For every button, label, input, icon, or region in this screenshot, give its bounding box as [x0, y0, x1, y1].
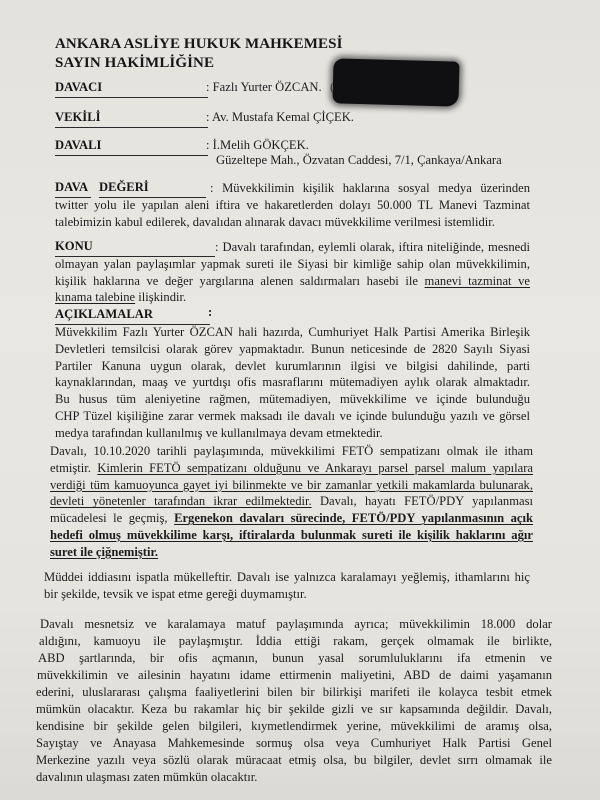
paragraph-line: ABD şartlarında, bir ofis açmanın, bunun… [36, 650, 552, 667]
attorney-value: : Av. Mustafa Kemal ÇİÇEK. [206, 110, 354, 125]
defendant-label: DAVALI [55, 138, 101, 153]
paragraph-line: medya tarafından kullanılmış ve kullanıl… [55, 425, 530, 442]
court-title: ANKARA ASLİYE HUKUK MAHKEMESİ [55, 36, 343, 53]
bold-underlined-statement: Ergenekon davaları sürecinde, FETÖ/PDY y… [174, 511, 533, 525]
subject-line: : Davalı tarafından, eylemli olarak, ift… [55, 239, 530, 256]
attorney-label-underline [55, 127, 208, 128]
bold-underlined-statement: suret ile çiğnemiştir. [50, 544, 533, 561]
paragraph-line: Davalı, hayatı FETÖ/PDY yapılanması [312, 494, 533, 508]
paragraph-line: kaynaklarından, maaş ve yurtdışı ofis ma… [55, 374, 530, 391]
attorney-label: VEKİLİ [55, 110, 101, 125]
paragraph-line: aldığını, kamuoyu ile paylaşmıştır. İddi… [36, 633, 552, 650]
paragraph-line: müvekkilimin ve ailesinin hayatını idame… [36, 667, 552, 684]
paragraph-line: Partiler Kanuna uygun olarak, devlet kur… [55, 358, 530, 375]
paragraph-line: Davalı mesnetsiz ve karalamaya matuf pay… [36, 616, 552, 633]
plaintiff-value: : Fazlı Yurter ÖZCAN. [206, 80, 322, 95]
subject-underlined-claim: manevi tazminat ve [425, 274, 530, 288]
paragraph-line: kendisine bir şekilde gelen bilgileri, k… [36, 718, 552, 735]
paragraph-line: etmiştir. [50, 461, 97, 475]
plaintiff-label-underline [55, 97, 208, 98]
paragraph-line: mücadelesi le geçmiş, [50, 511, 174, 525]
bold-underlined-statement: hedefi olmuş müvekkilime karşı, iftirala… [50, 527, 533, 544]
case-value-text: : Müvekkilimin kişilik haklarına sosyal … [55, 180, 530, 230]
explanations-label: AÇIKLAMALAR [55, 307, 153, 322]
subject-line: ilişkindir. [135, 290, 186, 304]
explanations-paragraph-4: Davalı mesnetsiz ve karalamaya matuf pay… [36, 616, 552, 786]
underlined-statement: Kimlerin FETÖ sempatizanı olduğunu ve An… [97, 461, 533, 475]
subject-underlined-claim: kınama talebine [55, 290, 135, 304]
paragraph-line: CHP Tüzel kişiliğine zarar vermek maksad… [55, 408, 530, 425]
paragraph-line: Müvekkilim Fazlı Yurter ÖZCAN hali hazır… [55, 324, 530, 341]
paragraph-line: bir şekilde, tevsik ve ispat etme gereği… [44, 586, 530, 603]
defendant-label-underline [55, 155, 208, 156]
paragraph-line: davalının ulaşması zaten mümkün olacaktı… [36, 769, 552, 786]
explanations-paragraph-3: Müddei iddiasını ispatla mükelleftir. Da… [44, 569, 530, 603]
case-value-line: : Müvekkilimin kişilik haklarına sosyal … [55, 180, 530, 197]
explanations-paragraph-1: Müvekkilim Fazlı Yurter ÖZCAN hali hazır… [55, 324, 530, 442]
addressee: SAYIN HAKİMLİĞİNE [55, 55, 214, 72]
case-value-line: talebimizin kabul edilerek, davalıdan al… [55, 214, 530, 231]
paragraph-line: Sayıştay ve Anayasa Mahkemesinde sormuş … [36, 735, 552, 752]
subject-line: kişilik haklarına ve değer yargılarına a… [55, 274, 418, 288]
explanations-colon: : [208, 305, 212, 320]
paragraph-line: mümkün olacaktır. Keza bu rakamlar hiç b… [36, 701, 552, 718]
paragraph-line: Merkezine yazılı veya sözlü olarak mürac… [36, 752, 552, 769]
legal-document-page: ANKARA ASLİYE HUKUK MAHKEMESİ SAYIN HAKİ… [0, 0, 600, 800]
underlined-statement: devleti yönetenler tarafından ikrar edil… [50, 494, 312, 508]
redaction-mark [332, 58, 459, 106]
subject-text: : Davalı tarafından, eylemli olarak, ift… [55, 239, 530, 306]
defendant-value: : İ.Melih GÖKÇEK. [206, 138, 309, 153]
paragraph-line: Davalı, 10.10.2020 tarihli paylaşımında,… [50, 443, 533, 460]
plaintiff-label: DAVACI [55, 80, 102, 95]
defendant-address: Güzeltepe Mah., Özvatan Caddesi, 7/1, Ça… [216, 153, 502, 168]
paragraph-line: Devletleri temsilcisi olarak görev yapma… [55, 341, 530, 358]
explanations-paragraph-2: Davalı, 10.10.2020 tarihli paylaşımında,… [50, 443, 533, 561]
paragraph-line: ederini, uluslararası çalışma faaliyetle… [36, 684, 552, 701]
case-value-line: twitter yolu ile yapılan aleni iftira ve… [55, 197, 530, 214]
paragraph-line: Bu husus tüm aleniyetine rağmen, mütemad… [55, 391, 530, 408]
paragraph-line: Müddei iddiasını ispatla mükelleftir. Da… [44, 569, 530, 586]
underlined-statement: verdiği tüm kamuoyunca gayet iyi bilinme… [50, 477, 533, 494]
subject-line: olmayan yalan paylaşımlar yapmak sureti … [55, 256, 530, 273]
